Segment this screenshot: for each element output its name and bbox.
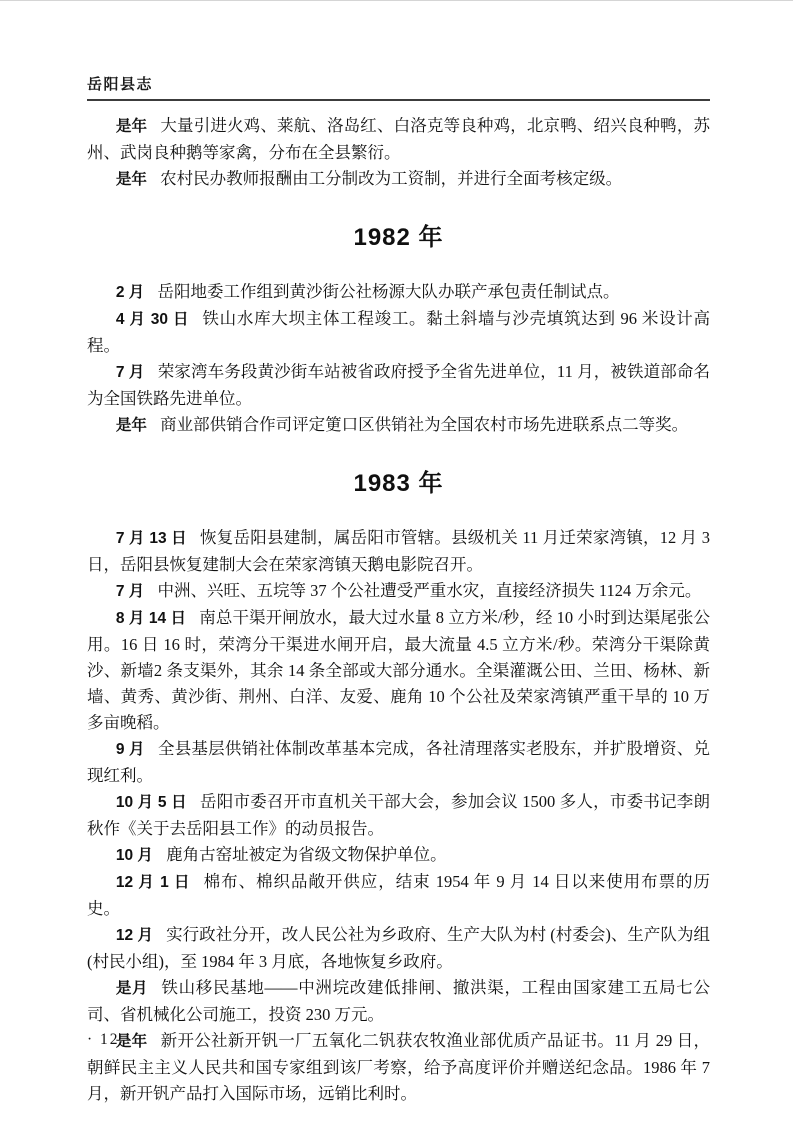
chronicle-entry: 10 月 5 日岳阳市委召开市直机关干部大会，参加会议 1500 多人，市委书记…	[87, 789, 710, 842]
running-head-title: 岳阳县志	[87, 73, 153, 94]
entry-date: 7 月	[116, 364, 158, 381]
chronicle-body: 是年大量引进火鸡、莱航、洛岛红、白洛克等良种鸡，北京鸭、绍兴良种鸭，苏州、武岗良…	[87, 113, 710, 1107]
entry-text: 荣家湾车务段黄沙街车站被省政府授予全省先进单位，11 月，被铁道部命名为全国铁路…	[87, 362, 710, 408]
entry-date: 7 月 13 日	[116, 530, 200, 547]
chronicle-entry: 是年大量引进火鸡、莱航、洛岛红、白洛克等良种鸡，北京鸭、绍兴良种鸭，苏州、武岗良…	[87, 113, 710, 166]
entry-date: 10 月	[116, 847, 166, 864]
entry-text: 商业部供销合作司评定筻口区供销社为全国农村市场先进联系点二等奖。	[160, 415, 688, 434]
chronicle-entry: 12 月实行政社分开，改人民公社为乡政府、生产大队为村 (村委会)、生产队为组 …	[87, 922, 710, 975]
chronicle-entry: 7 月 13 日恢复岳阳县建制，属岳阳市管辖。县级机关 11 月迁荣家湾镇，12…	[87, 525, 710, 578]
section-title-1983: 1983 年	[87, 471, 710, 497]
entry-date: 2 月	[116, 284, 158, 301]
entry-date: 8 月 14 日	[116, 610, 199, 627]
entry-text: 农村民办教师报酬由工分制改为工资制，并进行全面考核定级。	[160, 169, 622, 188]
chronicle-entry: 10 月鹿角古窑址被定为省级文物保护单位。	[87, 842, 710, 869]
chronicle-entry: 是年商业部供销合作司评定筻口区供销社为全国农村市场先进联系点二等奖。	[87, 412, 710, 439]
chronicle-entry: 是年农村民办教师报酬由工分制改为工资制，并进行全面考核定级。	[87, 166, 710, 193]
page-number: · 12 ·	[87, 1031, 133, 1049]
entry-date: 12 月	[116, 927, 166, 944]
chronicle-entry: 2 月岳阳地委工作组到黄沙街公社杨源大队办联产承包责任制试点。	[87, 279, 710, 306]
entry-text: 新开公社新开钒一厂五氧化二钒获农牧渔业部优质产品证书。11 月 29 日，朝鲜民…	[87, 1031, 710, 1103]
entry-text: 中洲、兴旺、五垸等 37 个公社遭受严重水灾，直接经济损失 1124 万余元。	[157, 581, 701, 600]
entry-date: 是月	[116, 980, 162, 997]
chronicle-entry: 7 月中洲、兴旺、五垸等 37 个公社遭受严重水灾，直接经济损失 1124 万余…	[87, 578, 710, 605]
entry-date: 是年	[116, 417, 160, 434]
entry-text: 岳阳地委工作组到黄沙街公社杨源大队办联产承包责任制试点。	[157, 282, 619, 301]
entry-text: 鹿角古窑址被定为省级文物保护单位。	[166, 845, 447, 864]
entry-date: 7 月	[116, 583, 158, 600]
chronicle-entry: 8 月 14 日南总干渠开闸放水，最大过水量 8 立方米/秒，经 10 小时到达…	[87, 605, 710, 736]
entry-date: 10 月 5 日	[116, 794, 200, 811]
section-title-1982: 1982 年	[87, 225, 710, 251]
chronicle-entry: 是月铁山移民基地——中洲垸改建低排闸、撤洪渠，工程由国家建工五局七公司、省机械化…	[87, 975, 710, 1028]
entry-text: 铁山移民基地——中洲垸改建低排闸、撤洪渠，工程由国家建工五局七公司、省机械化公司…	[87, 978, 710, 1024]
entry-text: 大量引进火鸡、莱航、洛岛红、白洛克等良种鸡，北京鸭、绍兴良种鸭，苏州、武岗良种鹅…	[87, 116, 710, 162]
chronicle-entry: 4 月 30 日铁山水库大坝主体工程竣工。黏土斜墙与沙壳填筑达到 96 米设计高…	[87, 306, 710, 359]
entry-date: 4 月 30 日	[116, 311, 203, 328]
chronicle-entry: 12 月 1 日棉布、棉织品敞开供应，结束 1954 年 9 月 14 日以来使…	[87, 869, 710, 922]
entry-text: 实行政社分开，改人民公社为乡政府、生产大队为村 (村委会)、生产队为组 (村民小…	[87, 925, 710, 971]
entry-date: 是年	[116, 171, 160, 188]
entry-date: 9 月	[116, 741, 158, 758]
document-page: 岳阳县志 是年大量引进火鸡、莱航、洛岛红、白洛克等良种鸡，北京鸭、绍兴良种鸭，苏…	[0, 0, 793, 1123]
chronicle-entry: 是年新开公社新开钒一厂五氧化二钒获农牧渔业部优质产品证书。11 月 29 日，朝…	[87, 1028, 710, 1107]
chronicle-entry: 9 月全县基层供销社体制改革基本完成，各社清理落实老股东，并扩股增资、兑现红利。	[87, 736, 710, 789]
entry-text: 全县基层供销社体制改革基本完成，各社清理落实老股东，并扩股增资、兑现红利。	[87, 739, 710, 785]
header-rule	[87, 99, 710, 101]
entry-date: 12 月 1 日	[116, 874, 204, 891]
entry-date: 是年	[116, 118, 161, 135]
chronicle-entry: 7 月荣家湾车务段黄沙街车站被省政府授予全省先进单位，11 月，被铁道部命名为全…	[87, 359, 710, 412]
